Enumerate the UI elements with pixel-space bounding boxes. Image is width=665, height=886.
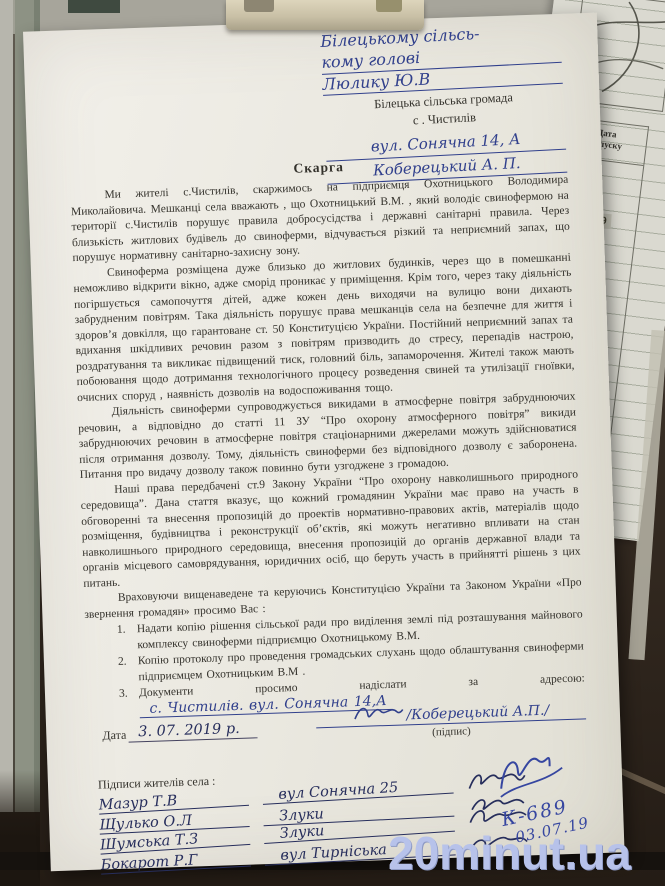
resident-name: Бокарот Р.Г <box>100 849 251 874</box>
date-line: Дата 3. 07. 2019 р. <box>88 720 258 744</box>
document-body: Скарга Ми жителі с.Чистилів, скаржимось … <box>70 152 587 750</box>
request-number: 3. <box>119 687 128 703</box>
clipboard-clip <box>226 0 424 30</box>
request-number: 1. <box>117 623 126 639</box>
complaint-document-page: Білецькому сільсь- кому голові Люлику Ю.… <box>23 13 625 872</box>
clipboard-edge <box>68 0 120 13</box>
request-number: 2. <box>118 655 127 671</box>
watermark: 20minut.ua <box>388 830 631 876</box>
paragraph: Наші права передбачені ст.9 Закону Украї… <box>80 467 581 592</box>
date-value-handwritten: 3. 07. 2019 р. <box>128 720 258 742</box>
date-label: Дата <box>102 728 126 744</box>
paragraph: Свиноферма розміщена дуже близько до жит… <box>73 250 575 406</box>
addressee-handwritten: Білецькому сільсь- кому голові Люлику Ю.… <box>320 20 563 96</box>
